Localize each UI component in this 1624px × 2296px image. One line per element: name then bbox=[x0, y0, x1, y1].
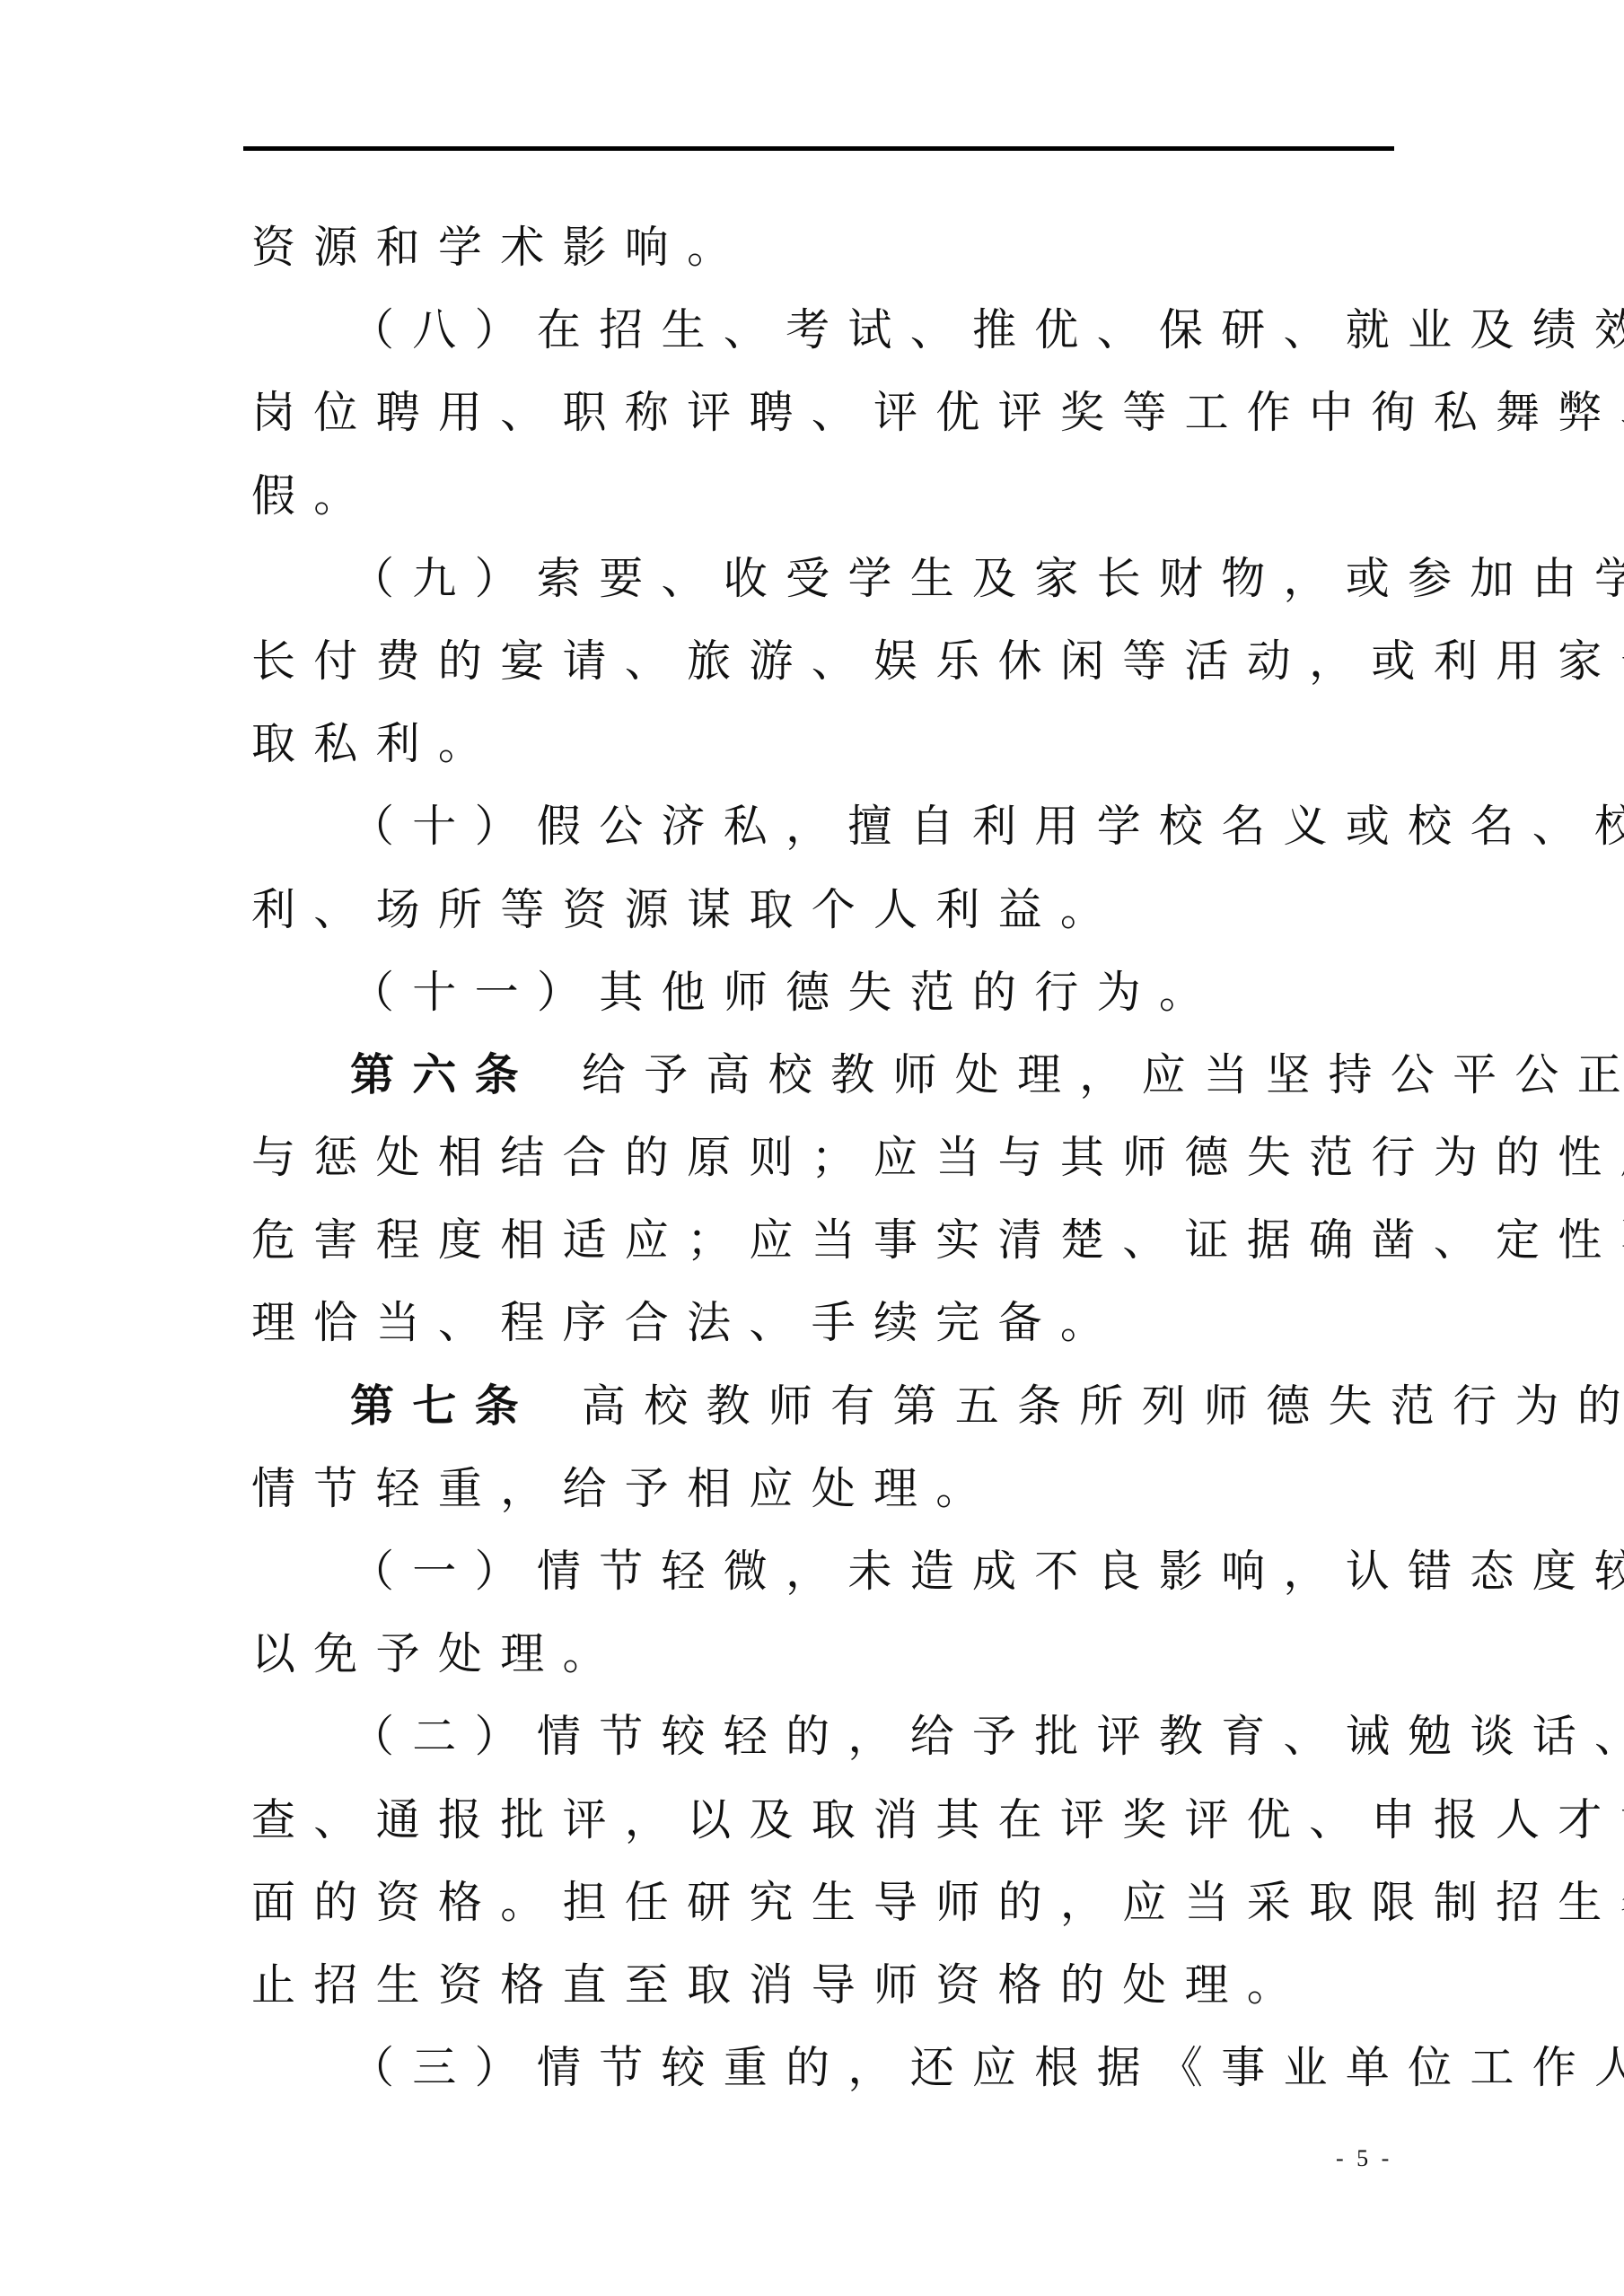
text-line: 与惩处相结合的原则；应当与其师德失范行为的性质、情节、 bbox=[251, 1117, 1400, 1199]
text-line: 面的资格。担任研究生导师的，应当采取限制招生名额、停 bbox=[251, 1862, 1400, 1944]
text-line: （十）假公济私，擅自利用学校名义或校名、校徽、专 bbox=[251, 785, 1400, 868]
text-line: 情节轻重，给予相应处理。 bbox=[251, 1448, 1400, 1530]
text-line: （十一）其他师德失范的行为。 bbox=[251, 951, 1400, 1034]
article-line: 第六条给予高校教师处理，应当坚持公平公正、教育 bbox=[251, 1034, 1400, 1117]
article-line: 第七条高校教师有第五条所列师德失范行为的，根据 bbox=[251, 1365, 1400, 1448]
header-rule bbox=[243, 146, 1394, 151]
text-line: 假。 bbox=[251, 455, 1400, 538]
text-line: （九）索要、收受学生及家长财物，或参加由学生及家 bbox=[251, 538, 1400, 620]
article-heading: 第六条 bbox=[350, 1049, 537, 1100]
text-line: （八）在招生、考试、推优、保研、就业及绩效考核、 bbox=[251, 289, 1400, 372]
text-line: 止招生资格直至取消导师资格的处理。 bbox=[251, 1944, 1400, 2027]
text-line: 以免予处理。 bbox=[251, 1613, 1400, 1696]
text-line: 利、场所等资源谋取个人利益。 bbox=[251, 869, 1400, 951]
text-line: （一）情节轻微，未造成不良影响，认错态度较好，可 bbox=[251, 1530, 1400, 1613]
article-text: 高校教师有第五条所列师德失范行为的，根据 bbox=[582, 1380, 1624, 1432]
text-line: 资源和学术影响。 bbox=[251, 206, 1400, 289]
text-line: （二）情节较轻的，给予批评教育、诫勉谈话、责令检 bbox=[251, 1696, 1400, 1778]
text-line: 取私利。 bbox=[251, 703, 1400, 785]
text-line: 危害程度相适应；应当事实清楚、证据确凿、定性准确、处 bbox=[251, 1199, 1400, 1282]
text-line: 岗位聘用、职称评聘、评优评奖等工作中徇私舞弊、弄虚作 bbox=[251, 372, 1400, 454]
text-line: 长付费的宴请、旅游、娱乐休闲等活动，或利用家长资源谋 bbox=[251, 620, 1400, 703]
article-heading: 第七条 bbox=[350, 1380, 537, 1432]
text-line: 查、通报批评，以及取消其在评奖评优、申报人才计划等方 bbox=[251, 1779, 1400, 1862]
article-text: 给予高校教师处理，应当坚持公平公正、教育 bbox=[582, 1049, 1624, 1100]
text-line: 理恰当、程序合法、手续完备。 bbox=[251, 1282, 1400, 1364]
text-line: （三）情节较重的，还应根据《事业单位工作人员处分 bbox=[251, 2027, 1400, 2109]
document-body: 资源和学术影响。 （八）在招生、考试、推优、保研、就业及绩效考核、 岗位聘用、职… bbox=[251, 206, 1400, 2109]
page-number: - 5 - bbox=[1336, 2145, 1392, 2172]
